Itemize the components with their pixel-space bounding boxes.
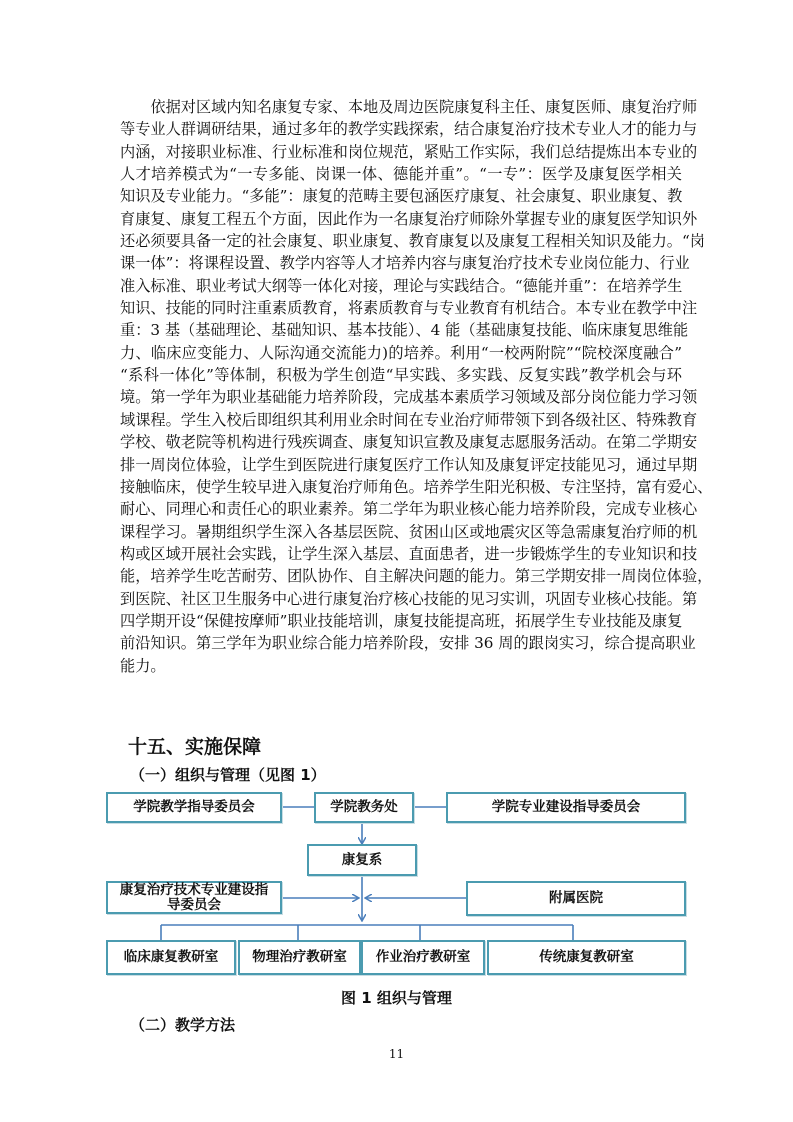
node-clinical-lab: 临床康复教研室 bbox=[106, 940, 236, 975]
page-number: 11 bbox=[0, 1047, 793, 1061]
node-academic-office: 学院教务处 bbox=[314, 792, 414, 823]
subsection-heading-teaching-methods: （二）教学方法 bbox=[130, 1014, 235, 1035]
node-traditional-lab: 传统康复教研室 bbox=[487, 940, 686, 975]
node-rehab-department: 康复系 bbox=[307, 844, 417, 876]
node-physio-lab: 物理治疗教研室 bbox=[238, 940, 361, 975]
node-occupational-lab: 作业治疗教研室 bbox=[361, 940, 485, 975]
node-teaching-committee: 学院教学指导委员会 bbox=[106, 792, 282, 823]
figure-caption: 图 1 组织与管理 bbox=[0, 987, 793, 1008]
node-affiliated-hospital: 附属医院 bbox=[466, 881, 686, 916]
node-specialty-committee: 学院专业建设指导委员会 bbox=[446, 792, 686, 823]
node-rehab-tech-committee: 康复治疗技术专业建设指导委员会 bbox=[106, 881, 282, 914]
